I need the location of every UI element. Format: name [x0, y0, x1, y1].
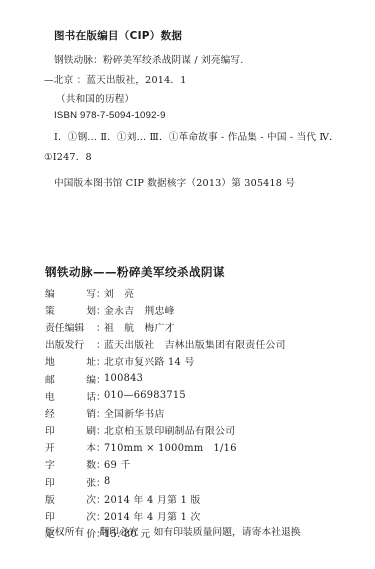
cip-isbn: ISBN 978-7-5094-1092-9 [54, 110, 166, 121]
cip-record-number: 中国版本图书馆 CIP 数据核字（2013）第 305418 号 [54, 175, 295, 189]
row-label-part: 印 [45, 423, 55, 437]
row-label: 地址 [45, 354, 96, 368]
row-label-part: 开 [45, 440, 55, 454]
row-label-part: 策 [45, 303, 55, 317]
row-label-part: 经 [45, 406, 55, 420]
copyright-row: 责任编辑：祖 航 梅广才 [45, 318, 286, 335]
row-label: 策划 [45, 303, 96, 317]
row-label: 开本 [45, 440, 96, 454]
copyright-details: 编写：刘 亮策划：金永吉 荆忠峰责任编辑：祖 航 梅广才出版发行：蓝天出版社 吉… [45, 284, 286, 542]
cip-series-line: （共和国的历程） [56, 91, 134, 105]
row-label-part: 字 [45, 457, 55, 471]
row-label-part: 数 [86, 457, 96, 471]
row-colon: ： [96, 354, 104, 368]
footer-return-note: 如有印装质量问题，请寄本社退换 [154, 527, 301, 538]
row-value: 69 千 [104, 457, 131, 471]
row-label-part: 编 [86, 372, 96, 386]
row-label-part: 印 [45, 475, 55, 489]
row-label: 邮编 [45, 372, 96, 386]
row-colon: ： [96, 320, 104, 334]
row-label-part: 邮 [45, 372, 55, 386]
row-label-part: 地 [45, 354, 55, 368]
row-label-part: 张 [86, 475, 96, 489]
cip-class-number: ①I247．8 [44, 149, 92, 163]
row-value: 2014 年 4 月第 1 版 [104, 492, 201, 506]
row-colon: ： [96, 286, 104, 300]
copyright-footer: 版权所有 翻印必究 如有印装质量问题，请寄本社退换 [45, 524, 313, 538]
row-label: 经销 [45, 406, 96, 420]
row-label-part: 次 [86, 509, 96, 523]
row-colon: ： [96, 492, 104, 506]
row-value: 2014 年 4 月第 1 次 [104, 509, 201, 523]
row-label-part: 编 [45, 286, 55, 300]
book-title: 钢铁动脉——粉碎美军绞杀战阴谋 [45, 264, 225, 280]
row-label-part: 销 [86, 406, 96, 420]
row-colon: ： [96, 475, 104, 489]
cip-publisher-line: —北京 ：蓝天出版社，2014．1 [44, 72, 187, 86]
copyright-row: 印张：8 [45, 473, 286, 490]
row-value: 8 [104, 476, 111, 487]
row-colon: ： [96, 303, 104, 317]
row-label: 电话 [45, 389, 96, 403]
row-colon: ： [96, 406, 104, 420]
row-label-part: 划 [86, 303, 96, 317]
row-value: 蓝天出版社 吉林出版集团有限责任公司 [104, 337, 286, 351]
row-label-part: 写 [86, 286, 96, 300]
row-label: 责任编辑 [45, 320, 96, 334]
row-label: 印张 [45, 475, 96, 489]
copyright-row: 印刷：北京柏玉景印刷制品有限公司 [45, 422, 286, 439]
row-colon: ： [96, 457, 104, 471]
row-value: 金永吉 荆忠峰 [104, 303, 175, 317]
row-label-part: 版 [45, 492, 55, 506]
row-label-part: 出版发行 [45, 337, 84, 351]
row-label-part: 责任编辑 [45, 320, 84, 334]
copyright-row: 邮编：100843 [45, 370, 286, 387]
row-value: 祖 航 梅广才 [104, 320, 175, 334]
cip-title: 图书在版编目（CIP）数据 [54, 28, 182, 43]
copyright-row: 地址：北京市复兴路 14 号 [45, 353, 286, 370]
row-label: 印次 [45, 509, 96, 523]
row-label: 编写 [45, 286, 96, 300]
row-value: 全国新华书店 [104, 406, 165, 420]
footer-rights: 版权所有 [45, 527, 84, 538]
copyright-row: 字数：69 千 [45, 456, 286, 473]
copyright-row: 编写：刘 亮 [45, 284, 286, 301]
row-label-part: 话 [86, 389, 96, 403]
row-value: 北京市复兴路 14 号 [104, 354, 195, 368]
copyright-row: 版次：2014 年 4 月第 1 版 [45, 490, 286, 507]
row-value: 北京柏玉景印刷制品有限公司 [104, 423, 235, 437]
row-label: 版次 [45, 492, 96, 506]
row-label-part: 电 [45, 389, 55, 403]
row-label: 字数 [45, 457, 96, 471]
row-value: 100843 [104, 373, 143, 384]
footer-piracy: 翻印必究 [99, 527, 138, 538]
copyright-row: 出版发行：蓝天出版社 吉林出版集团有限责任公司 [45, 336, 286, 353]
row-colon: ： [96, 440, 104, 454]
row-value: 010—66983715 [104, 390, 186, 401]
row-label: 印刷 [45, 423, 96, 437]
copyright-row: 开本：710mm × 1000mm 1/16 [45, 439, 286, 456]
cip-book-title-line: 钢铁动脉：粉碎美军绞杀战阴谋 / 刘亮编写. [54, 52, 243, 66]
row-colon: ： [96, 423, 104, 437]
row-colon: ： [96, 372, 104, 386]
row-label-part: 刷 [86, 423, 96, 437]
row-label: 出版发行 [45, 337, 96, 351]
copyright-row: 经销：全国新华书店 [45, 404, 286, 421]
row-colon: ： [96, 389, 104, 403]
row-value: 710mm × 1000mm 1/16 [104, 440, 237, 454]
row-value: 刘 亮 [104, 286, 134, 300]
copyright-row: 印次：2014 年 4 月第 1 次 [45, 507, 286, 524]
row-label-part: 址 [86, 354, 96, 368]
copyright-row: 电话：010—66983715 [45, 387, 286, 404]
copyright-row: 策划：金永吉 荆忠峰 [45, 301, 286, 318]
row-label-part: 印 [45, 509, 55, 523]
row-label-part: 本 [86, 440, 96, 454]
row-colon: ： [96, 509, 104, 523]
row-colon: ： [96, 337, 104, 351]
cip-classification: Ⅰ．①钢… Ⅱ．①刘… Ⅲ．①革命故事 - 作品集 - 中国 - 当代 Ⅳ． [54, 129, 339, 143]
row-label-part: 次 [86, 492, 96, 506]
